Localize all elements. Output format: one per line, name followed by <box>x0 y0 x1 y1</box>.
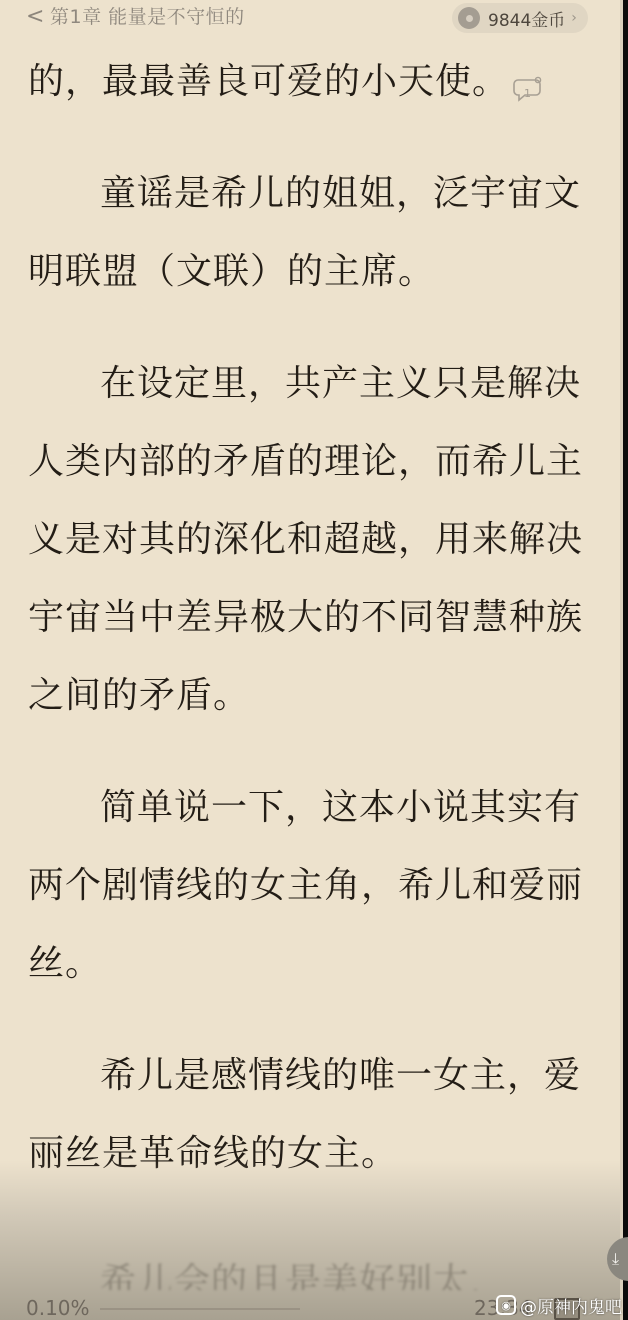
text-line: 童谣是希儿的姐姐，泛宇宙文 <box>100 172 581 216</box>
text-line: 两个剧情线的女主角，希儿和爱丽 <box>28 864 583 908</box>
text-line: 明联盟（文联）的主席。 <box>28 250 435 294</box>
text-line: 之间的矛盾。 <box>28 674 250 718</box>
screen-border <box>623 0 628 1320</box>
chapter-title[interactable]: 第1章 能量是不守恒的 <box>50 4 245 30</box>
text-line-content: 两个剧情线的女主角，希儿和爱丽 <box>28 865 583 906</box>
progress-track <box>100 1308 300 1310</box>
paragraph-comment-icon[interactable]: 1 <box>513 69 543 91</box>
watermark-text: @原神内鬼吧 <box>520 1293 622 1318</box>
reading-progress: 0.10% <box>26 1296 90 1320</box>
next-line-preview: 希儿会的且是美好别太， <box>100 1262 507 1290</box>
text-line: 义是对其的深化和超越，用来解决 <box>28 518 583 562</box>
tieba-logo-icon: ◉ <box>496 1295 516 1315</box>
coin-balance-button[interactable]: 9844金币 › <box>452 3 588 33</box>
text-line-content: 丝。 <box>28 943 102 984</box>
text-line: 人类内部的矛盾的理论，而希儿主 <box>28 440 583 484</box>
text-line: 简单说一下，这本小说其实有 <box>100 786 581 830</box>
text-line: 希儿是感情线的唯一女主，爱 <box>100 1054 581 1098</box>
text-line-content: 宇宙当中差异极大的不同智慧种族 <box>28 597 583 638</box>
text-line-content: 的，最最善良可爱的小天使。 <box>28 61 509 102</box>
text-line-content: 明联盟（文联）的主席。 <box>28 251 435 292</box>
text-line: 的，最最善良可爱的小天使。1 <box>28 60 543 104</box>
coin-icon <box>458 7 480 29</box>
text-line: 在设定里，共产主义只是解决 <box>100 362 581 406</box>
text-line-content: 义是对其的深化和超越，用来解决 <box>28 519 583 560</box>
watermark: ◉ @原神内鬼吧 <box>496 1291 622 1319</box>
coin-balance: 9844金币 <box>488 6 565 31</box>
text-line-content: 简单说一下，这本小说其实有 <box>100 787 581 828</box>
comment-count: 1 <box>524 72 531 116</box>
text-line-content: 人类内部的矛盾的理论，而希儿主 <box>28 441 583 482</box>
text-line: 宇宙当中差异极大的不同智慧种族 <box>28 596 583 640</box>
text-line-content: 希儿是感情线的唯一女主，爱 <box>100 1055 581 1096</box>
text-line-content: 之间的矛盾。 <box>28 675 250 716</box>
text-line-content: 童谣是希儿的姐姐，泛宇宙文 <box>100 173 581 214</box>
reader-header: < 第1章 能量是不守恒的 9844金币 › <box>0 0 623 36</box>
chevron-right-icon: › <box>571 10 577 26</box>
back-chevron-icon[interactable]: < <box>26 2 44 32</box>
text-line-content: 在设定里，共产主义只是解决 <box>100 363 581 404</box>
text-line: 丝。 <box>28 942 102 986</box>
download-icon: ⤓ <box>612 1249 619 1269</box>
